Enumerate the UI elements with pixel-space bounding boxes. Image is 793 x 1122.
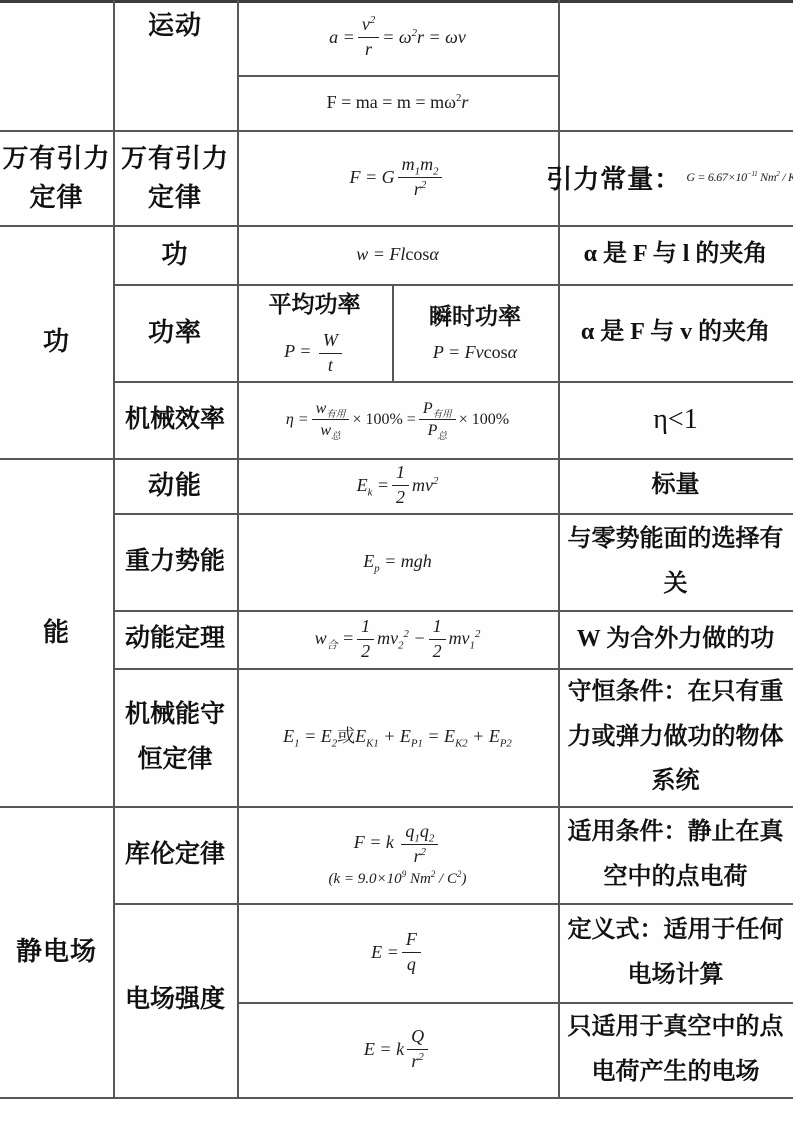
note-work-angle: α 是 F 与 l 的夹角 xyxy=(558,225,793,284)
subtopic-cell-motion: 运动 xyxy=(113,0,237,75)
subtopic-cell-power: 功率 xyxy=(113,284,237,381)
subtopic-cell-mech-conservation: 机械能守恒定律 xyxy=(113,668,237,806)
table-gridline xyxy=(0,1097,793,1099)
note-net-work: W 为合外力做的功 xyxy=(558,610,793,668)
subtopic-cell-potential: 重力势能 xyxy=(113,513,237,610)
formula-work-energy-theorem: w合 = 12mv22 − 12mv12 xyxy=(237,610,558,668)
formula-circular-force: F = ma = m = mω2r xyxy=(237,75,558,130)
formula-gravitation: F = G m1m2r2 xyxy=(237,130,558,225)
note-efficiency-limit: η<1 xyxy=(558,381,793,458)
formula-work: w = Fl cosα xyxy=(237,225,558,284)
subtopic-cell-field-strength: 电场强度 xyxy=(113,903,237,1097)
formula-power-instant: P = Fvcosα xyxy=(433,342,517,364)
formula-mech-conservation: E1 = E2或EK1 + EP1 = EK2 + EP2 xyxy=(237,668,558,806)
category-cell-energy: 能 xyxy=(0,458,113,806)
formula-coulomb-constant: (k = 9.0×109 Nm2 / C2) xyxy=(329,870,467,888)
coulomb-formula-cell: F = k q1q2r2 (k = 9.0×109 Nm2 / C2) xyxy=(237,806,558,903)
note-power-angle: α 是 F 与 v 的夹角 xyxy=(558,284,793,381)
note-coulomb-condition: 适用条件：静止在真空中的点电荷 xyxy=(558,806,793,903)
note-field-definition: 定义式：适用于任何电场计算 xyxy=(558,903,793,1002)
formula-power-average: P = Wt xyxy=(284,330,345,376)
note-field-point-charge: 只适用于真空中的点电荷产生的电场 xyxy=(558,1002,793,1097)
subtopic-cell-work-energy: 动能定理 xyxy=(113,610,237,668)
physics-formula-table: 万有引力定律 功 能 静电场 运动 万有引力定律 功 功率 机械效率 动能 重力… xyxy=(0,0,793,1122)
note-kinetic-scalar: 标量 xyxy=(558,458,793,513)
note-potential-reference: 与零势能面的选择有关 xyxy=(558,513,793,610)
gravitational-constant-value: G = 6.67×10−11 Nm2 / Kg2 xyxy=(686,170,793,184)
subtopic-cell-coulomb: 库伦定律 xyxy=(113,806,237,903)
power-average-label: 平均功率 xyxy=(269,289,361,321)
category-cell-gravitation: 万有引力定律 xyxy=(0,130,113,225)
note-gravitational-constant: 引力常量： G = 6.67×10−11 Nm2 / Kg2 xyxy=(558,130,793,225)
category-cell-electrostatic: 静电场 xyxy=(0,806,113,1097)
formula-coulomb: F = k q1q2r2 xyxy=(354,821,441,867)
power-average-cell: 平均功率 P = Wt xyxy=(237,284,392,381)
subtopic-cell-kinetic: 动能 xyxy=(113,458,237,513)
formula-field-point-charge: E = k Qr2 xyxy=(237,1002,558,1097)
formula-potential-energy: Ep = mgh xyxy=(237,513,558,610)
power-instant-label: 瞬时功率 xyxy=(429,301,521,333)
subtopic-cell-gravitation: 万有引力定律 xyxy=(113,130,237,225)
formula-field-definition: E = Fq xyxy=(237,903,558,1002)
formula-efficiency: η = w有用w总 × 100% = P有用P总 × 100% xyxy=(237,381,558,458)
gravitational-constant-label: 引力常量： xyxy=(546,159,681,196)
category-cell-work: 功 xyxy=(0,225,113,458)
subtopic-cell-efficiency: 机械效率 xyxy=(113,381,237,458)
formula-kinetic-energy: Ek = 12mv2 xyxy=(237,458,558,513)
formula-circular-acceleration: a = v2r = ω2r = ωv xyxy=(237,0,558,75)
power-instant-cell: 瞬时功率 P = Fvcosα xyxy=(392,284,558,381)
subtopic-cell-work: 功 xyxy=(113,225,237,284)
note-conservation-condition: 守恒条件：在只有重力或弹力做功的物体系统 xyxy=(558,668,793,806)
